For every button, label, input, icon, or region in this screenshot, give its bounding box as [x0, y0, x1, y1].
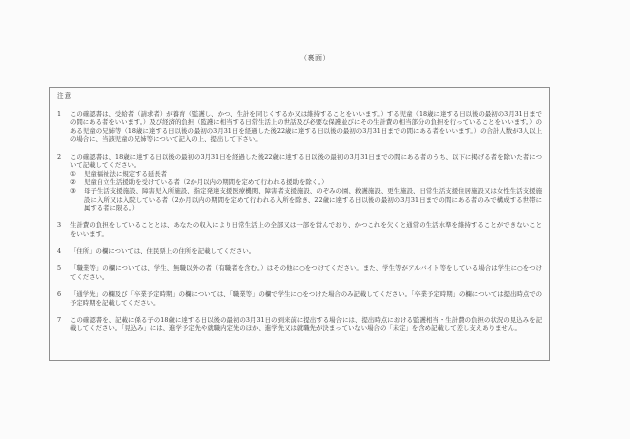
notice-box: 注意 1 この確認書は、受給者（請求者）が養育（監護し、かつ、生計を同じくするか…	[49, 87, 550, 361]
document-page: （裏面） 注意 1 この確認書は、受給者（請求者）が養育（監護し、かつ、生計を同…	[0, 0, 630, 439]
page-side-label: （裏面）	[0, 53, 630, 63]
item-number: 5	[57, 264, 70, 281]
notice-heading: 注意	[57, 92, 542, 101]
item-number: 1	[57, 110, 70, 144]
notice-subitem-2: ② 児童自立生活援助を受けている者（2か月以内の期間を定めて行われる援助を除く。…	[70, 178, 542, 187]
item-number: 2	[57, 153, 70, 213]
notice-item-5: 5 「職業等」の欄については、学生、無職以外の者（有職者を含む。）はその他に○を…	[57, 264, 542, 281]
notice-item-3: 3 生計費の負担をしていることとは、あなたの収入により日常生活上の全部又は一部を…	[57, 221, 542, 238]
item-number: 7	[57, 316, 70, 333]
item-text: この確認書を、記載に係る子の18歳に達する日以後の最初の3月31日の到来前に提出…	[70, 316, 542, 333]
notice-item-2: 2 この確認書は、18歳に達する日以後の最初の3月31日を経過した後22歳に達す…	[57, 153, 542, 213]
item-text: この確認書は、受給者（請求者）が養育（監護し、かつ、生計を同じくするか又は維持す…	[70, 110, 542, 144]
notice-item-1: 1 この確認書は、受給者（請求者）が養育（監護し、かつ、生計を同じくするか又は維…	[57, 110, 542, 144]
notice-item-4: 4 「住所」の欄については、住民票上の住所を記載してください。	[57, 247, 542, 256]
item-number: 3	[57, 221, 70, 238]
item-text-block: この確認書は、18歳に達する日以後の最初の3月31日を経過した後22歳に達する日…	[70, 153, 542, 213]
subitem-number: ②	[70, 178, 84, 187]
item-text: 生計費の負担をしていることとは、あなたの収入により日常生活上の全部又は一部を営ん…	[70, 221, 542, 238]
item-text: 「通学先」の欄及び「卒業予定時期」の欄については、「職業等」の欄で学生に○をつけ…	[70, 290, 542, 307]
item-text: 「職業等」の欄については、学生、無職以外の者（有職者を含む。）はその他に○をつけ…	[70, 264, 542, 281]
subitem-text: 母子生活支援施設、障害児入所施設、指定発達支援医療機関、障害者支援施設、のぞみの…	[84, 187, 542, 213]
notice-item-7: 7 この確認書を、記載に係る子の18歳に達する日以後の最初の3月31日の到来前に…	[57, 316, 542, 333]
subitem-number: ①	[70, 170, 84, 179]
notice-item-6: 6 「通学先」の欄及び「卒業予定時期」の欄については、「職業等」の欄で学生に○を…	[57, 290, 542, 307]
item-text: この確認書は、18歳に達する日以後の最初の3月31日を経過した後22歳に達する日…	[70, 153, 542, 170]
item-number: 6	[57, 290, 70, 307]
item-number: 4	[57, 247, 70, 256]
subitem-text: 児童自立生活援助を受けている者（2か月以内の期間を定めて行われる援助を除く。）	[84, 178, 542, 187]
notice-subitem-3: ③ 母子生活支援施設、障害児入所施設、指定発達支援医療機関、障害者支援施設、のぞ…	[70, 187, 542, 213]
subitem-number: ③	[70, 187, 84, 213]
item-text: 「住所」の欄については、住民票上の住所を記載してください。	[70, 247, 542, 256]
